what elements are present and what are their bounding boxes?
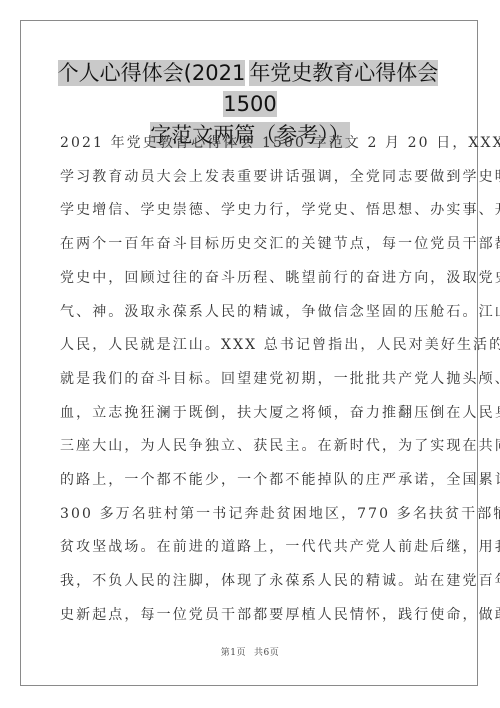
title-segment: 1500: [223, 91, 276, 117]
body-line: 学习教育动员大会上发表重要讲话强调，全党同志要做到学史明理、: [60, 161, 446, 195]
page-number: 第1页: [221, 648, 246, 658]
body-paragraph: 2021 年党史教育心得体会 1500 字范文 2 月 20 日，XXX 总书记…: [60, 127, 446, 633]
body-line: 血，立志挽狂澜于既倒，扶大厦之将倾，奋力推翻压倒在人民身上的: [60, 397, 446, 431]
page-footer: 第1页共6页: [0, 645, 500, 658]
body-line: 就是我们的奋斗目标。回望建党初期，一批批共产党人抛头颅、洒热: [60, 363, 446, 397]
body-line: 党史中，回顾过往的奋斗历程、眺望前行的奋进方向，汲取党史的精、: [60, 262, 446, 296]
body-line: 我，不负人民的注脚，体现了永葆系人民的精诚。站在建党百年的历: [60, 565, 446, 599]
body-line: 在两个一百年奋斗目标历史交汇的关键节点，每一位党员干部都要从: [60, 228, 446, 262]
body-line: 的路上，一个都不能少，一个都不能掉队的庄严承诺，全国累计选派: [60, 464, 446, 498]
body-line: 史新起点，每一位党员干部都要厚植人民情怀，践行使命，做敢担当、: [60, 599, 446, 633]
page-count: 共6页: [254, 648, 279, 658]
body-line: 气、神。汲取永葆系人民的精诚，争做信念坚固的压舱石。江山就是: [60, 296, 446, 330]
body-line: 300 多万名驻村第一书记奔赴贫困地区，770 多名扶贫干部牺牲在脱: [60, 498, 446, 532]
body-line: 贫攻坚战场。在前进的道路上，一代代共产党人前赴后继，用我将无: [60, 531, 446, 565]
body-line: 三座大山，为人民争独立、获民主。在新时代，为了实现在共同富裕: [60, 430, 446, 464]
title-segment: 个人心得体会(2021: [58, 60, 246, 86]
body-line: 2021 年党史教育心得体会 1500 字范文 2 月 20 日，XXX 总书记…: [60, 127, 446, 161]
body-line: 学史增信、学史崇德、学史力行，学党史、悟思想、办实事、开新局。: [60, 194, 446, 228]
body-line: 人民，人民就是江山。XXX 总书记曾指出，人民对美好生活的向往，: [60, 329, 446, 363]
title-segment: 年党史教育心得体会: [249, 60, 438, 86]
